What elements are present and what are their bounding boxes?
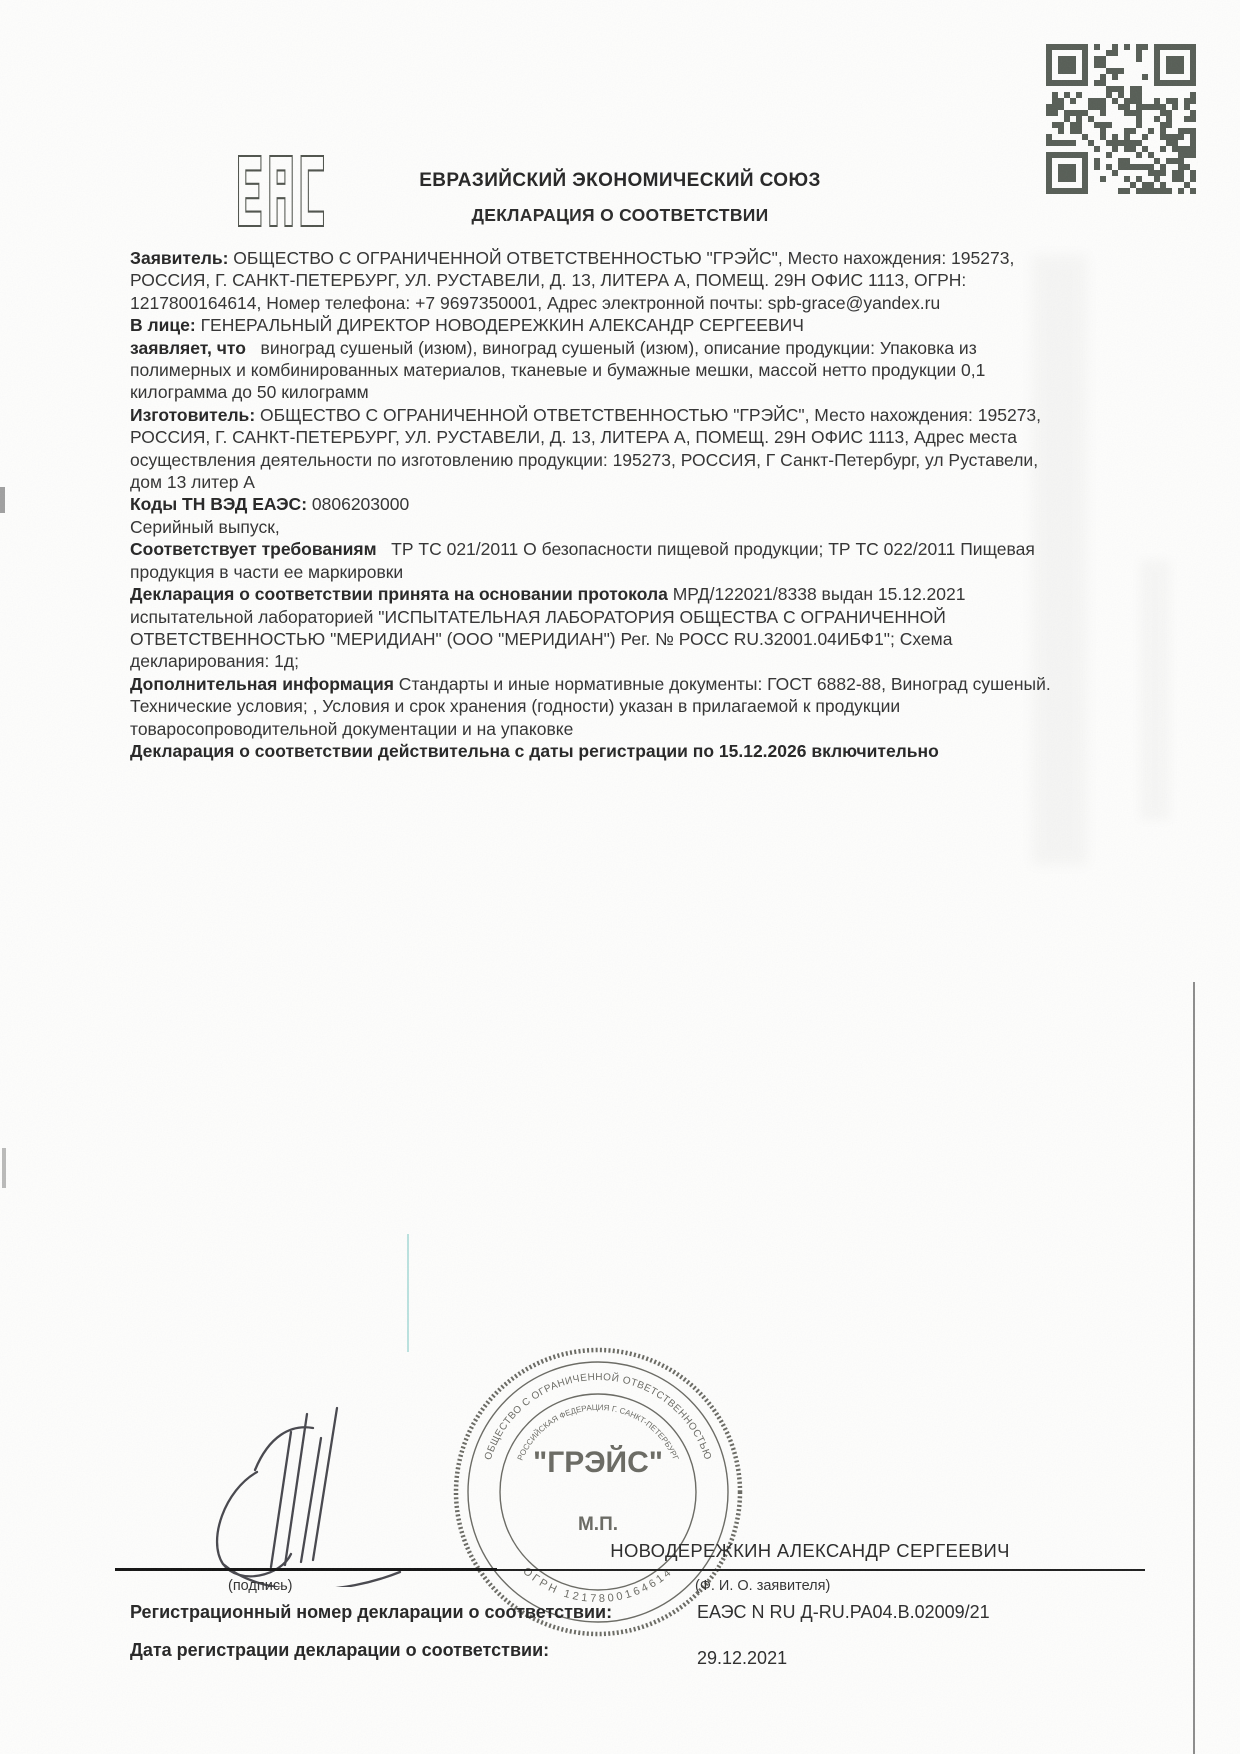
stamp-mp-text: М.П.: [578, 1514, 618, 1535]
scan-shading: [1032, 255, 1087, 865]
serial-paragraph: Серийный выпуск,: [130, 516, 1045, 538]
validity-paragraph: Декларация о соответствии действительна …: [130, 740, 950, 762]
scan-speck: [2, 1148, 6, 1188]
declares-paragraph: заявляет, что виноград сушеный (изюм), в…: [130, 337, 1060, 404]
manufacturer-text: ОБЩЕСТВО С ОГРАНИЧЕННОЙ ОТВЕТСТВЕННОСТЬЮ…: [130, 405, 1046, 492]
reg-date-value: 29.12.2021: [697, 1648, 787, 1669]
additional-info-paragraph: Дополнительная информация Стандарты и ин…: [130, 673, 1065, 740]
fio-caption: (Ф. И. О. заявителя): [695, 1578, 830, 1594]
reg-number-label: Регистрационный номер декларации о соотв…: [130, 1602, 612, 1623]
applicant-label: Заявитель:: [130, 248, 228, 268]
declaration-document: ЕВРАЗИЙСКИЙ ЭКОНОМИЧЕСКИЙ СОЮЗ ДЕКЛАРАЦИ…: [0, 0, 1240, 1754]
declares-text: виноград сушеный (изюм), виноград сушены…: [130, 338, 990, 403]
document-body: Заявитель: ОБЩЕСТВО С ОГРАНИЧЕННОЙ ОТВЕТ…: [130, 247, 1045, 762]
stamp-center-text: "ГРЭЙС": [533, 1445, 663, 1479]
scan-speck: [0, 487, 5, 513]
tnved-label: Коды ТН ВЭД ЕАЭС:: [130, 494, 307, 514]
manufacturer-label: Изготовитель:: [130, 405, 255, 425]
reg-date-label: Дата регистрации декларации о соответств…: [130, 1640, 549, 1661]
scan-shading-2: [1140, 560, 1170, 820]
in-person-text: ГЕНЕРАЛЬНЫЙ ДИРЕКТОР НОВОДЕРЕЖКИН АЛЕКСА…: [196, 315, 804, 335]
applicant-paragraph: Заявитель: ОБЩЕСТВО С ОГРАНИЧЕННОЙ ОТВЕТ…: [130, 247, 1045, 314]
signature-handwriting: [195, 1372, 425, 1592]
union-title: ЕВРАЗИЙСКИЙ ЭКОНОМИЧЕСКИЙ СОЮЗ: [0, 170, 1240, 192]
tnved-paragraph: Коды ТН ВЭД ЕАЭС: 0806203000: [130, 493, 1045, 515]
reg-number-value: ЕАЭС N RU Д-RU.РА04.В.02009/21: [697, 1602, 990, 1623]
in-person-paragraph: В лице: ГЕНЕРАЛЬНЫЙ ДИРЕКТОР НОВОДЕРЕЖКИ…: [130, 314, 1045, 336]
basis-paragraph: Декларация о соответствии принята на осн…: [130, 583, 1075, 673]
manufacturer-paragraph: Изготовитель: ОБЩЕСТВО С ОГРАНИЧЕННОЙ ОТ…: [130, 404, 1070, 494]
declares-label: заявляет, что: [130, 338, 246, 358]
complies-label: Соответствует требованиям: [130, 539, 377, 559]
document-title: ДЕКЛАРАЦИЯ О СООТВЕТСТВИИ: [0, 205, 1240, 226]
scan-edge-line: [1193, 982, 1195, 1754]
applicant-text: ОБЩЕСТВО С ОГРАНИЧЕННОЙ ОТВЕТСТВЕННОСТЬЮ…: [130, 248, 1019, 313]
basis-label: Декларация о соответствии принята на осн…: [130, 584, 668, 604]
signature-line-left: [115, 1568, 497, 1571]
applicant-fio: НОВОДЕРЕЖКИН АЛЕКСАНДР СЕРГЕЕВИЧ: [520, 1540, 1100, 1562]
additional-info-label: Дополнительная информация: [130, 674, 394, 694]
signature-caption: (подпись): [228, 1578, 292, 1594]
stamp-ring-ogrn-text: ОГРН 1217800164614: [520, 1565, 675, 1605]
scan-scratch: [407, 1234, 409, 1352]
tnved-value: 0806203000: [307, 494, 409, 514]
complies-paragraph: Соответствует требованиям ТР ТС 021/2011…: [130, 538, 1045, 583]
svg-text:ОГРН 1217800164614: ОГРН 1217800164614: [520, 1565, 675, 1605]
in-person-label: В лице:: [130, 315, 196, 335]
